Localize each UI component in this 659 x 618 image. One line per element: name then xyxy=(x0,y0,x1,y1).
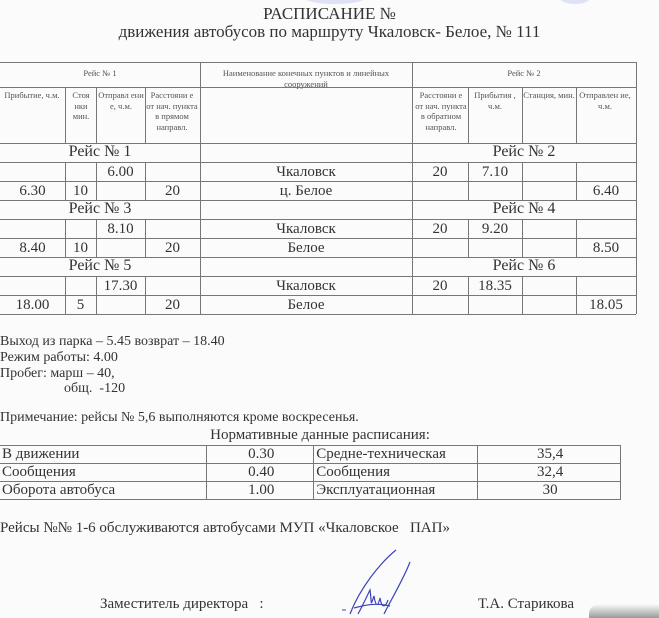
document-subtitle: движения автобусов по маршруту Чкаловск-… xyxy=(0,22,659,42)
table-rule xyxy=(636,181,637,200)
cell-arrival: 18.00 xyxy=(0,296,65,314)
col-header-arrival: Прибытие, ч.м. xyxy=(0,90,64,101)
trip-label-backward: Рейс № 2 xyxy=(412,143,636,161)
table-rule xyxy=(522,87,523,143)
cell-distance-fwd: 20 xyxy=(145,296,200,314)
table-rule xyxy=(412,219,413,238)
table-rule xyxy=(65,219,66,238)
table-rule xyxy=(522,181,523,200)
cell-departure-back: 18.05 xyxy=(576,296,636,314)
normative-row: В движении0.30Средне-техническая35,4 xyxy=(0,446,621,464)
col-header-station-min: Станция, мин. xyxy=(523,90,575,101)
table-rule xyxy=(200,162,201,181)
cell-departure: 17.30 xyxy=(96,277,145,295)
table-rule xyxy=(145,162,146,181)
normative-label: В движении xyxy=(0,446,207,464)
table-rule xyxy=(96,181,97,200)
mileage-total-note: общ. -120 xyxy=(64,381,125,397)
signer-title: Заместитель директора : xyxy=(100,596,264,613)
normative-label: Оборота автобуса xyxy=(0,482,207,500)
table-rule xyxy=(636,62,637,143)
cell-distance-fwd: 20 xyxy=(145,239,200,257)
table-rule xyxy=(522,295,523,314)
table-rule xyxy=(65,87,66,143)
table-rule xyxy=(576,295,577,314)
table-rule xyxy=(412,238,413,257)
remark-note: Примечание: рейсы № 5,6 выполняются кром… xyxy=(0,410,359,426)
cell-station: Чкаловск xyxy=(200,220,412,238)
work-mode-note: Режим работы: 4.00 xyxy=(0,350,118,366)
table-rule xyxy=(65,295,66,314)
table-rule xyxy=(636,200,637,219)
cell-station: Чкаловск xyxy=(200,277,412,295)
table-rule xyxy=(468,238,469,257)
normative-time: 1.00 xyxy=(207,482,314,500)
normative-speed: 32,4 xyxy=(478,464,621,482)
table-rule xyxy=(200,257,201,276)
table-rule xyxy=(576,276,577,295)
trip-label-forward: Рейс № 5 xyxy=(0,257,200,275)
table-rule xyxy=(200,276,201,295)
normative-label: Сообщения xyxy=(0,464,207,482)
operator-note: Рейсы №№ 1-6 обслуживаются автобусами МУ… xyxy=(0,520,450,537)
table-rule xyxy=(468,295,469,314)
page-corner-shadow xyxy=(589,604,659,618)
cell-distance-back: 20 xyxy=(412,163,468,181)
table-rule xyxy=(636,295,637,314)
group-header-forward: Рейс № 1 xyxy=(0,68,200,79)
table-rule xyxy=(412,200,413,219)
table-rule xyxy=(96,295,97,314)
cell-stop-min: 10 xyxy=(65,239,96,257)
table-rule xyxy=(412,257,413,276)
table-rule xyxy=(522,238,523,257)
table-rule xyxy=(636,143,637,162)
signature-icon xyxy=(340,548,420,618)
cell-departure: 8.10 xyxy=(96,220,145,238)
normative-time: 0.40 xyxy=(207,464,314,482)
trip-label-forward: Рейс № 1 xyxy=(0,143,200,161)
table-rule xyxy=(412,62,413,143)
table-rule xyxy=(200,238,201,257)
normative-speed-label: Эксплуатационная xyxy=(314,482,478,500)
table-rule xyxy=(145,276,146,295)
cell-station: Белое xyxy=(200,239,412,257)
normative-speed: 30 xyxy=(478,482,621,500)
table-rule xyxy=(200,62,201,143)
group-header-stops: Наименование конечных пунктов и линейных… xyxy=(200,68,412,89)
table-rule xyxy=(522,162,523,181)
table-rule xyxy=(200,200,201,219)
table-rule xyxy=(0,62,636,63)
table-rule xyxy=(576,219,577,238)
table-rule xyxy=(468,276,469,295)
table-rule xyxy=(96,238,97,257)
normative-row: Оборота автобуса1.00Эксплуатационная30 xyxy=(0,482,621,500)
cell-arrival-back: 9.20 xyxy=(468,220,522,238)
normative-row: Сообщения0.40Сообщения32,4 xyxy=(0,464,621,482)
cell-arrival-back: 7.10 xyxy=(468,163,522,181)
table-rule xyxy=(200,143,201,162)
table-rule xyxy=(145,238,146,257)
table-rule xyxy=(200,219,201,238)
mileage-route-note: Пробег: марш – 40, xyxy=(0,366,115,382)
cell-station: ц. Белое xyxy=(200,182,412,200)
cell-departure-back: 6.40 xyxy=(576,182,636,200)
table-rule xyxy=(65,181,66,200)
signer-name: Т.А. Старикова xyxy=(478,596,574,613)
cell-arrival: 8.40 xyxy=(0,239,65,257)
table-rule xyxy=(636,162,637,181)
table-rule xyxy=(636,276,637,295)
trip-label-backward: Рейс № 4 xyxy=(412,200,636,218)
table-rule xyxy=(522,276,523,295)
table-rule xyxy=(412,143,413,162)
normative-speed: 35,4 xyxy=(478,446,621,464)
table-rule xyxy=(468,87,469,143)
table-rule xyxy=(200,181,201,200)
cell-distance-back: 20 xyxy=(412,220,468,238)
table-rule xyxy=(0,314,636,315)
normative-title: Нормативные данные расписания: xyxy=(0,427,640,444)
table-rule xyxy=(145,181,146,200)
table-rule xyxy=(145,87,146,143)
col-header-departure-back: Отправлен ие, ч.м. xyxy=(577,90,633,111)
table-rule xyxy=(468,219,469,238)
table-rule xyxy=(412,162,413,181)
col-header-arrival-back: Прибытия , ч.м. xyxy=(469,90,521,111)
col-header-stop-min: Стоя нки мин. xyxy=(66,90,96,122)
depot-note: Выход из парка – 5.45 возврат – 18.40 xyxy=(0,334,225,350)
table-rule xyxy=(576,162,577,181)
normative-speed-label: Сообщения xyxy=(314,464,478,482)
trip-label-forward: Рейс № 3 xyxy=(0,200,200,218)
table-rule xyxy=(412,276,413,295)
table-rule xyxy=(96,87,97,143)
cell-arrival: 6.30 xyxy=(0,182,65,200)
table-rule xyxy=(412,295,413,314)
table-rule xyxy=(576,238,577,257)
table-rule xyxy=(636,219,637,238)
normative-time: 0.30 xyxy=(207,446,314,464)
cell-departure-back: 8.50 xyxy=(576,239,636,257)
cell-station: Чкаловск xyxy=(200,163,412,181)
cell-distance-fwd: 20 xyxy=(145,182,200,200)
col-header-distance-fwd: Расстояни е от нач. пункта в прямом напр… xyxy=(146,90,198,132)
cell-departure: 6.00 xyxy=(96,163,145,181)
table-rule xyxy=(200,295,201,314)
col-header-departure: Отправл ени е, ч.м. xyxy=(97,90,145,111)
table-rule xyxy=(412,181,413,200)
cell-distance-back: 20 xyxy=(412,277,468,295)
table-rule xyxy=(96,219,97,238)
table-rule xyxy=(576,87,577,143)
cell-arrival-back: 18.35 xyxy=(468,277,522,295)
table-rule xyxy=(65,238,66,257)
table-rule xyxy=(65,276,66,295)
col-header-distance-back: Расстояни е от нач. пункта в обратном на… xyxy=(415,90,467,132)
table-rule xyxy=(576,181,577,200)
table-rule xyxy=(636,257,637,276)
table-rule xyxy=(468,181,469,200)
document-title: РАСПИСАНИЕ № xyxy=(0,4,659,24)
table-rule xyxy=(96,162,97,181)
table-rule xyxy=(468,162,469,181)
trip-label-backward: Рейс № 6 xyxy=(412,257,636,275)
group-header-backward: Рейс № 2 xyxy=(412,68,636,79)
table-rule xyxy=(65,162,66,181)
normative-table: В движении0.30Средне-техническая35,4Сооб… xyxy=(0,445,621,500)
table-rule xyxy=(522,219,523,238)
normative-speed-label: Средне-техническая xyxy=(314,446,478,464)
cell-stop-min: 10 xyxy=(65,182,96,200)
table-rule xyxy=(145,219,146,238)
cell-stop-min: 5 xyxy=(65,296,96,314)
table-rule xyxy=(636,238,637,257)
cell-station: Белое xyxy=(200,296,412,314)
table-rule xyxy=(96,276,97,295)
table-rule xyxy=(145,295,146,314)
